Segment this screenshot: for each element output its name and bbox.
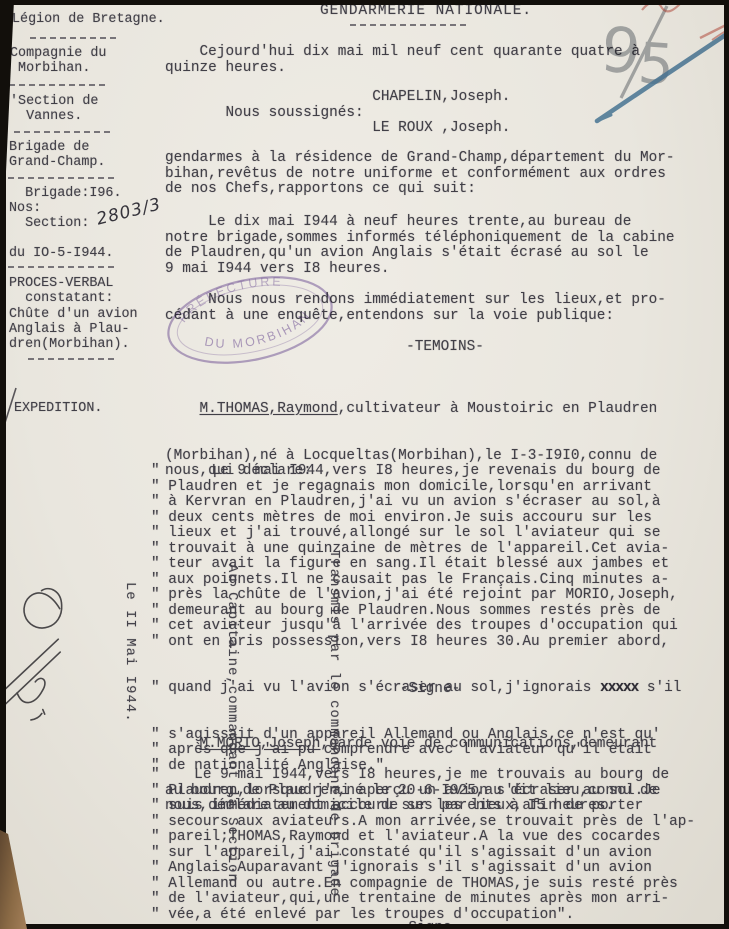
margin-section: 'Section de Vannes. (10, 94, 98, 125)
text-line: gendarmes à la résidence de Grand-Champ,… (165, 151, 675, 167)
margin-date: du IO-5-I944. (9, 246, 113, 261)
text-line: Compagnie du (10, 46, 106, 61)
text-line: LE ROUX ,Joseph. (165, 121, 510, 137)
testimony-lines: " Le 9 mai I944,vers I8 heures,je revena… (151, 464, 681, 650)
text-line: CHAPELIN,Joseph. (165, 90, 510, 106)
text-line: Le dix mai I944 à neuf heures trente,au … (165, 215, 675, 231)
text-line: " teur avait la figure en sang.Il était … (151, 557, 681, 573)
pencil-number-95: 9 5 (597, 6, 676, 98)
text-line: " suis immédiatement accouru sur les lie… (151, 799, 695, 815)
text-line: de nos Chefs,rapportons ce qui suit: (165, 182, 675, 198)
text-line: " Le 9 mai I944,vers I8 heures,je revena… (151, 464, 681, 480)
margin-compagnie: Compagnie du Morbihan. (10, 46, 106, 77)
margin-expedition: EXPEDITION. (14, 401, 102, 416)
dashed-rule (350, 24, 468, 26)
dashed-rule (9, 84, 109, 86)
paragraph-gendarmes: gendarmes à la résidence de Grand-Champ,… (165, 151, 675, 198)
text-line: Anglais à Plau- (9, 322, 138, 337)
text-line: " sur l'appareil,j'ai constaté qu'il s'a… (151, 846, 695, 862)
text-line: Grand-Champ. (9, 155, 105, 170)
prefecture-stamp: PRÉFECTURE DU MORBIHAN (160, 272, 340, 368)
text-line: Nous soussignés: (165, 106, 510, 122)
dashed-rule (8, 266, 118, 268)
handwritten-signature (2, 576, 68, 732)
scan-border-top (0, 0, 729, 5)
text-line: PROCES-VERBAL (9, 276, 138, 291)
testimony-morio: " Le 9 mai I944,vers I8 heures,je me tro… (151, 768, 695, 923)
paragraph-report-call: Le dix mai I944 à neuf heures trente,au … (165, 215, 675, 277)
text-line: " Le 9 mai I944,vers I8 heures,je me tro… (151, 768, 695, 784)
text-line: " cet aviateur jusqu'à l'arrivée des tro… (151, 619, 681, 635)
text-line: Vannes. (10, 109, 98, 124)
scanned-document-page: Légion de Bretagne. Compagnie du Morbiha… (0, 0, 729, 929)
svg-text:PRÉFECTURE: PRÉFECTURE (170, 272, 289, 327)
margin-brigade-no: Brigade:I96. (9, 186, 122, 201)
margin-pv-title: PROCES-VERBAL constatant:Chûte d'un avio… (9, 276, 138, 352)
topright-annotations: 9 5 (585, 0, 729, 135)
witness-name-underlined: M.MORIO,Joseph (200, 736, 321, 752)
document-title: GENDARMERIE NATIONALE. (320, 4, 532, 20)
dashed-rule (8, 177, 118, 179)
scan-border-bottom (0, 924, 729, 929)
text-line: " près la chûte de l'avion,j'ai été rejo… (151, 588, 681, 604)
stamp-top-text: PRÉFECTURE (170, 272, 289, 327)
text-line: dren(Morbihan). (9, 337, 138, 352)
margin-legion: Légion de Bretagne. (12, 12, 165, 27)
text-line: " à Kervran en Plaudren,j'ai vu un avion… (151, 495, 681, 511)
text-line: de Plaudren,qu'un avion Anglais s'était … (165, 246, 675, 262)
text-line: " demeurant au bourg de Plaudren.Nous so… (151, 604, 681, 620)
text-line: " Anglais.Auparavant j'ignorais s'il s'a… (151, 861, 695, 877)
text-line: 'Section de (10, 94, 98, 109)
text-line: bihan,revêtus de notre uniforme et confo… (165, 167, 675, 183)
text-line: " secours aux aviateurs.A mon arrivée,se… (151, 815, 695, 831)
text-line: Chûte d'un avion (9, 307, 138, 322)
text-line: " Plaudren,lorsque j'ai aperçu un avion … (151, 784, 695, 800)
margin-section-no-label: Section: (9, 216, 89, 231)
text-line: " Plaudren et je regagnais mon domicile,… (151, 480, 681, 496)
text-line: " pareil;THOMAS,Raymond et l'aviateur.A … (151, 830, 695, 846)
text-line: M.MORIO,Joseph,garde voie de communicati… (165, 737, 657, 753)
text-line: Brigade de (9, 140, 105, 155)
scan-border-right (724, 0, 729, 929)
text-line: notre brigade,sommes informés téléphoniq… (165, 231, 675, 247)
text-line: quinze heures. (165, 61, 640, 77)
text-line: " ont en pris possession,vers I8 heures … (151, 635, 681, 651)
text-line: constatant: (9, 291, 138, 306)
text-line: " aux poignets.Il ne causait pas le Fran… (151, 573, 681, 589)
paragraph-signers: CHAPELIN,Joseph. Nous soussignés: LE ROU… (165, 90, 510, 137)
text-line: " deux cents mètres de moi environ.Je su… (151, 511, 681, 527)
text-line: " trouvait à une quinzaine de mètres de … (151, 542, 681, 558)
transmission-line: Le II Mai I944. (112, 550, 146, 929)
dashed-rule (14, 131, 110, 133)
margin-brigade-place: Brigade deGrand-Champ. (9, 140, 105, 171)
text-line: " Allemand ou autre.En compagnie de THOM… (151, 877, 695, 893)
text-line: " lieux et j'ai trouvé,allongé sur le so… (151, 526, 681, 542)
margin-nos-label: Nos: (9, 201, 41, 216)
text-line: " de l'aviateur,qui,une trentaine de min… (151, 892, 695, 908)
signe-label: -Signe- (165, 682, 695, 698)
witness-name-underlined: M.THOMAS,Raymond (200, 401, 338, 417)
text-line: Morbihan. (10, 61, 106, 76)
paragraph-opening: Cejourd'hui dix mai mil neuf cent quaran… (165, 45, 640, 76)
dashed-rule (28, 358, 116, 360)
text-line: M.THOMAS,Raymond,cultivateur à Moustoiri… (165, 402, 657, 418)
dashed-rule (30, 37, 116, 39)
text-line: Cejourd'hui dix mai mil neuf cent quaran… (165, 45, 640, 61)
